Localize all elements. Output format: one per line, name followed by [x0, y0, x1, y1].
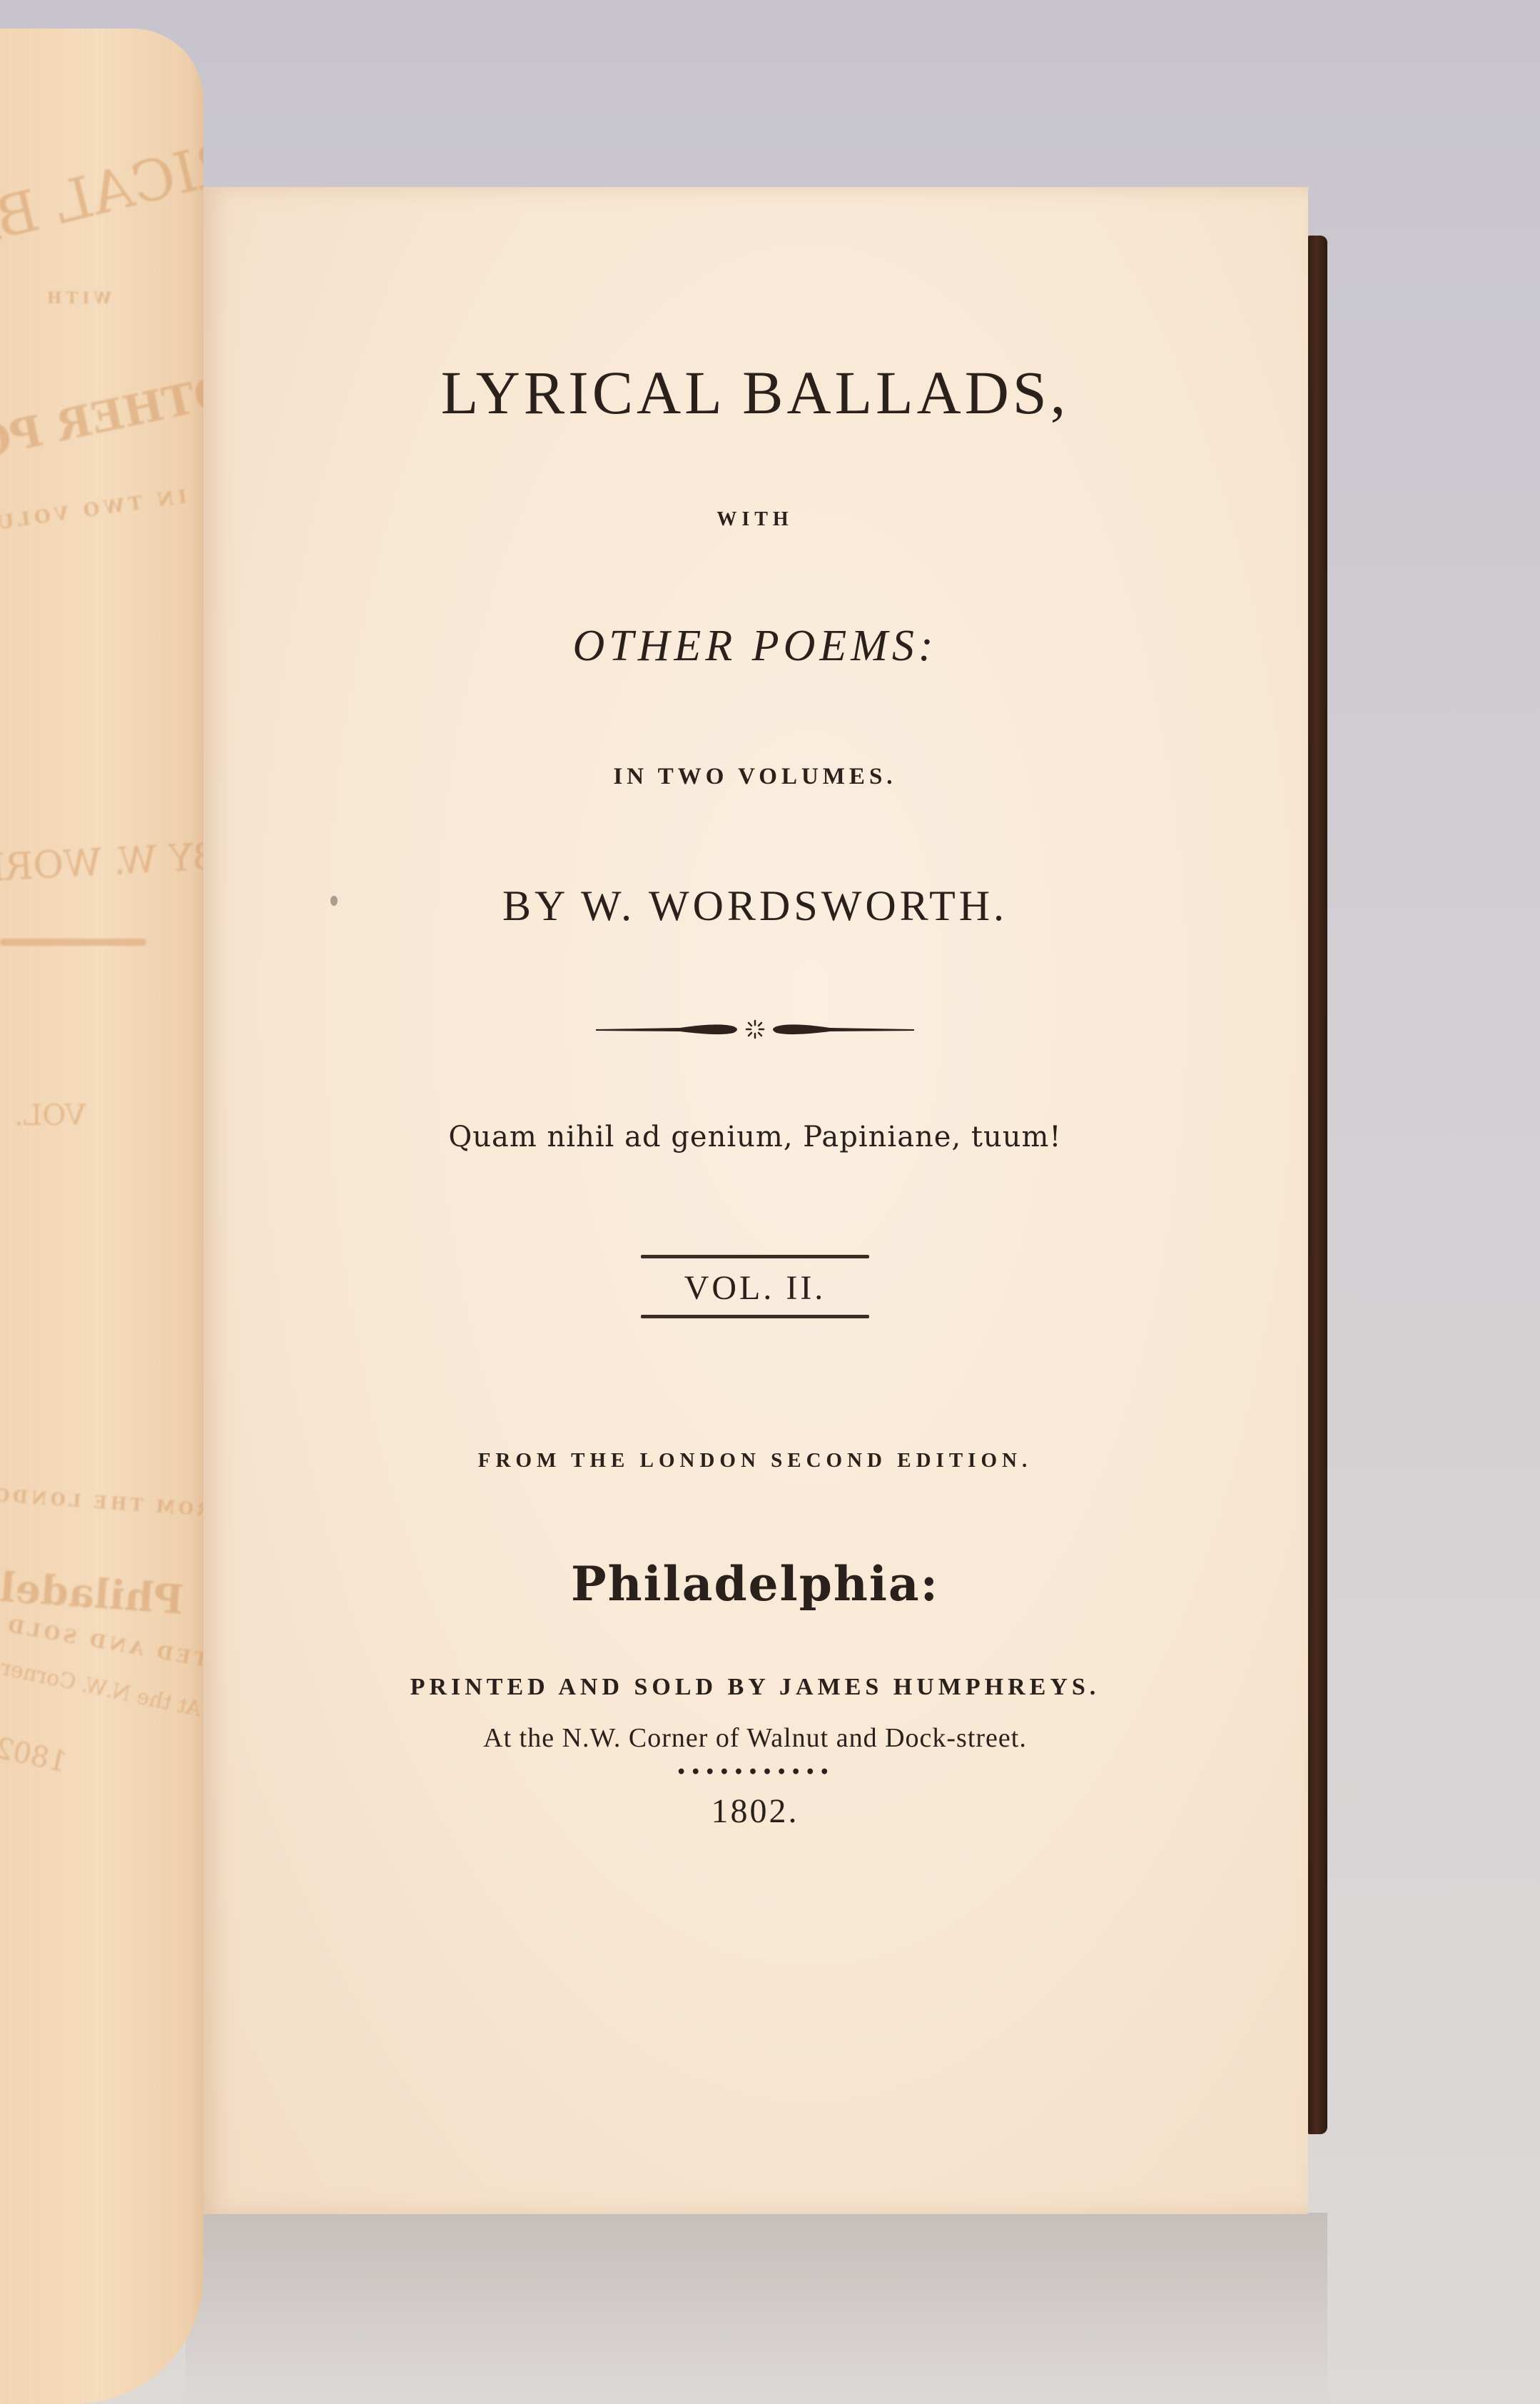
book-title: LYRICAL BALLADS, [202, 357, 1308, 428]
printer-address: At the N.W. Corner of Walnut and Dock-st… [202, 1722, 1308, 1754]
publication-year: 1802. [202, 1792, 1308, 1831]
volumes-note: IN TWO VOLUMES. [202, 764, 1308, 790]
ghost-year: 1802. [0, 1730, 70, 1779]
ghost-title: LYRICAL BAL [0, 110, 203, 271]
ghost-city: Philadel [0, 1564, 186, 1624]
book-shadow [186, 2213, 1327, 2404]
printer-line: PRINTED AND SOLD BY JAMES HUMPHREYS. [202, 1674, 1308, 1701]
edition-note: FROM THE LONDON SECOND EDITION. [202, 1449, 1308, 1473]
author-line: BY W. WORDSWORTH. [202, 882, 1308, 931]
ghost-vol: VOL. [14, 1099, 86, 1132]
ghost-subtitle: OTHER PO [0, 366, 203, 470]
ghost-with: WITH [43, 289, 111, 308]
imprint-city: Philadelphia: [202, 1556, 1308, 1612]
book-subtitle: OTHER POEMS: [202, 621, 1308, 672]
ghost-volumes: IN TWO VOLU [0, 486, 188, 535]
volume-box: VOL. II. [202, 1255, 1308, 1318]
title-with: WITH [202, 508, 1308, 531]
dotted-rule: ••••••••••• [202, 1763, 1308, 1782]
fleuron-icon [594, 1014, 916, 1042]
latin-motto: Quam nihil ad genium, Papiniane, tuum! [202, 1121, 1308, 1153]
volume-number: VOL. II. [202, 1258, 1308, 1315]
book-board-edge [1306, 236, 1327, 2134]
ghost-printer: PRINTED AND SOLD BY [0, 1607, 203, 1684]
verso-page: LYRICAL BAL WITH OTHER PO IN TWO VOLU BY… [0, 29, 203, 2404]
ghost-author: BY W. WORDS [0, 835, 203, 892]
ghost-edition: FROM THE LONDON [0, 1483, 203, 1522]
ornament-rule [202, 1014, 1308, 1042]
rule-bottom [641, 1315, 869, 1318]
title-page [202, 187, 1308, 2214]
ghost-address: At the N.W. Corner of W [0, 1643, 203, 1722]
ghost-ornament [0, 939, 146, 946]
